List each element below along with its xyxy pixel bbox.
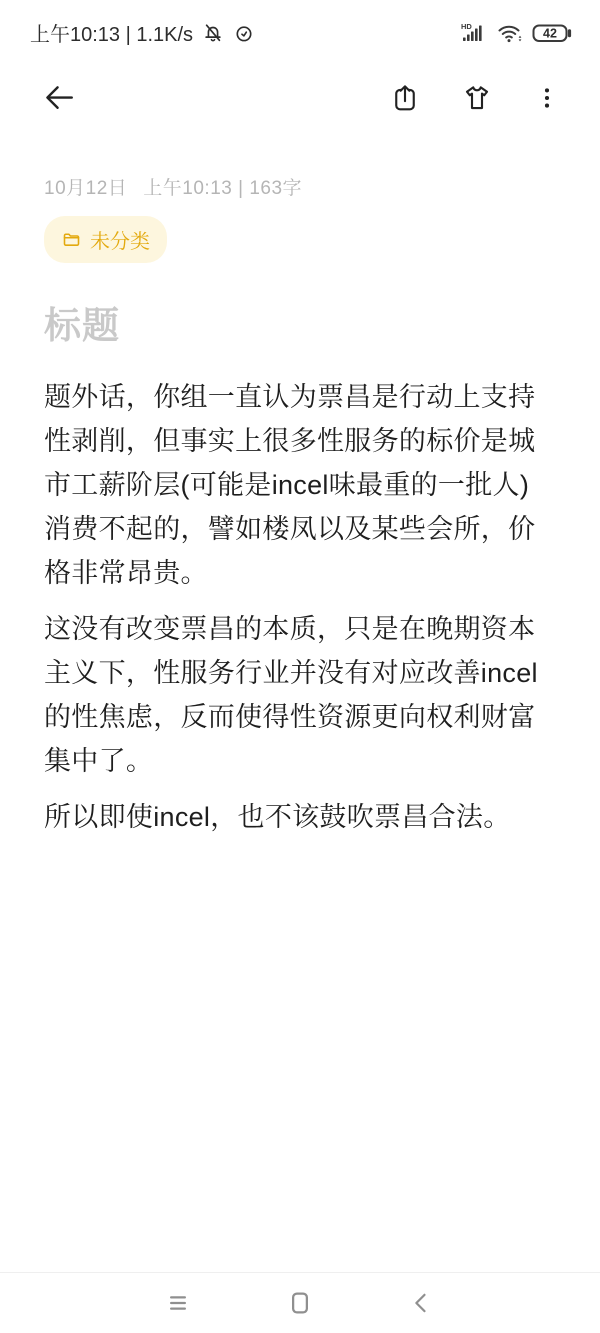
category-label: 未分类 <box>90 225 150 254</box>
back-button[interactable] <box>42 81 76 115</box>
category-chip[interactable]: 未分类 <box>44 216 167 263</box>
note-date: 10月12日 <box>44 173 127 200</box>
note-title-placeholder[interactable]: 标题 <box>44 295 556 349</box>
note-paragraph[interactable]: 所以即使incel，也不该鼓吹票昌合法。 <box>44 795 556 839</box>
share-button[interactable] <box>390 83 420 113</box>
note-time-wordcount: 上午10:13 | 163字 <box>143 173 302 200</box>
note-content-area: 10月12日 上午10:13 | 163字 未分类 标题 题外话，你组一直认为票… <box>0 173 600 839</box>
note-body-editor[interactable]: 题外话，你组一直认为票昌是行动上支持性剥削，但事实上很多性服务的标价是城市工薪阶… <box>44 375 556 839</box>
status-bar: 上午10:13 | 1.1K/s HD <box>0 0 600 55</box>
folder-icon <box>61 229 82 250</box>
more-menu-button[interactable] <box>534 83 560 113</box>
system-navbar <box>0 1272 600 1333</box>
note-meta: 10月12日 上午10:13 | 163字 <box>44 173 556 200</box>
mute-icon <box>202 22 224 44</box>
battery-percent: 42 <box>543 26 557 40</box>
battery-icon: 42 <box>532 21 574 45</box>
nav-home-button[interactable] <box>285 1288 315 1318</box>
hd-label: HD <box>461 22 472 31</box>
wifi-icon <box>497 21 523 45</box>
note-paragraph[interactable]: 题外话，你组一直认为票昌是行动上支持性剥削，但事实上很多性服务的标价是城市工薪阶… <box>44 375 556 595</box>
nav-recents-button[interactable] <box>163 1288 193 1318</box>
note-paragraph[interactable]: 这没有改变票昌的本质，只是在晚期资本主义下，性服务行业并没有对应改善incel的… <box>44 607 556 783</box>
status-time-netspeed: 上午10:13 | 1.1K/s <box>30 18 193 47</box>
theme-tshirt-button[interactable] <box>462 83 492 113</box>
hd-signal-icon: HD <box>461 21 488 45</box>
alarm-icon <box>233 22 255 44</box>
toolbar <box>0 63 600 133</box>
nav-back-button[interactable] <box>407 1288 437 1318</box>
